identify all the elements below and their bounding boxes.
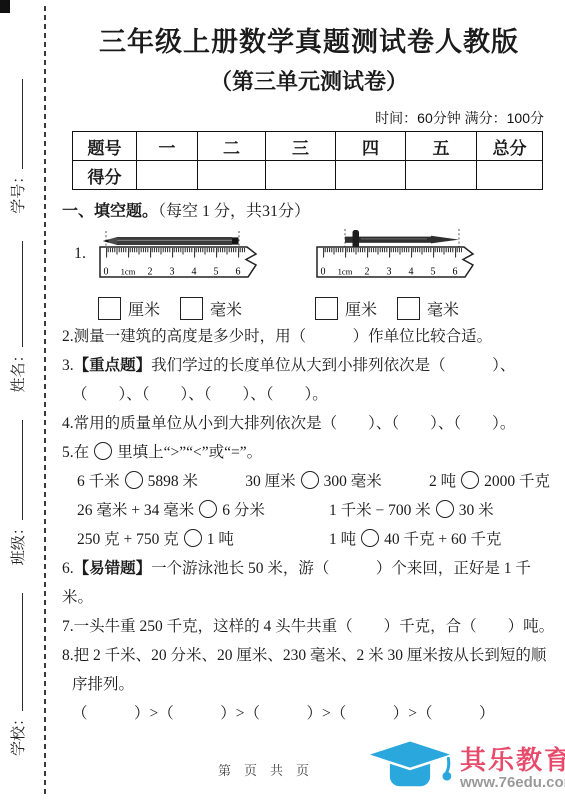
compare-left: 26 毫米 + 34 毫米 (77, 502, 194, 519)
answer-box-mm (397, 297, 420, 320)
ruler-icon: 0 1cm 2 3 4 5 6 (317, 247, 473, 278)
graduation-cap-icon (364, 738, 456, 798)
margin-student-info: 学校： 班级： 姓名： 学号： (7, 56, 28, 756)
field-name-blank (19, 241, 23, 347)
field-class-label: 班级： (11, 520, 27, 565)
logo-brand-name: 其乐教育 (460, 746, 565, 774)
field-school-blank (19, 593, 23, 711)
compare-item: 250 克 + 750 克1 吨 (77, 525, 329, 554)
score-header-cell: 二 (198, 132, 266, 161)
score-row-label: 得分 (73, 161, 137, 190)
field-class-blank (19, 420, 23, 520)
ruler-pencil-group: 0 1cm 2 3 4 5 6 厘米毫米 (96, 229, 271, 320)
question-6: 6.【易错题】一个游泳池长 50 米，游（ ）个来回，正好是 1 千米。 (62, 554, 556, 612)
logo-website-url: www.76edu.com (460, 774, 565, 791)
time-score-meta: 时间：60分钟 满分：100分 (62, 108, 556, 128)
paper-title: 三年级上册数学真题测试卷人教版 (62, 20, 556, 59)
ruler-number: 0 (321, 267, 326, 278)
score-cell (336, 161, 406, 190)
compare-right: 2000 千克 (484, 473, 550, 490)
score-header-cell: 三 (266, 132, 336, 161)
compare-circle (125, 471, 143, 489)
compare-circle (199, 500, 217, 518)
logo-texts: 其乐教育 www.76edu.com (460, 746, 565, 791)
answer-box-mm (180, 297, 203, 320)
nail-ruler-illustration: 0 1cm 2 3 4 5 6 (313, 229, 488, 285)
field-student-no: 学号： (7, 79, 28, 214)
unit-mm-label: 毫米 (210, 302, 242, 319)
score-table: 题号 一 二 三 四 五 总分 得分 (72, 131, 543, 190)
ruler-number: 1cm (338, 267, 353, 277)
score-cell (266, 161, 336, 190)
score-header-cell: 五 (406, 132, 477, 161)
question-5-row-2: 26 毫米 + 34 毫米6 分米 1 千米 − 700 米30 米 (62, 496, 556, 525)
section-1-note: （每空 1 分，共31分） (158, 203, 310, 220)
compare-item: 30 厘米300 毫米 (245, 467, 382, 496)
compare-item: 6 千米5898 米 (77, 467, 198, 496)
ruler-number: 3 (170, 267, 175, 278)
question-3-line1: 3.【重点题】我们学过的长度单位从大到小排列依次是（ ）、 (62, 351, 556, 380)
compare-right: 40 千克 + 60 千克 (384, 531, 501, 548)
field-class: 班级： (7, 420, 28, 565)
compare-item: 1 千米 − 700 米30 米 (329, 496, 494, 525)
question-5-pre: 在 (74, 444, 90, 461)
score-cell (198, 161, 266, 190)
binding-dashed-line (44, 6, 46, 794)
ruler-icon: 0 1cm 2 3 4 5 6 (100, 247, 256, 278)
ruler-number: 2 (365, 267, 370, 278)
pencil-icon (103, 237, 239, 245)
question-5-number: 5. (62, 444, 74, 461)
compare-circle (184, 529, 202, 547)
question-6-tag: 【易错题】 (74, 560, 152, 577)
question-2: 2.测量一建筑的高度是多少时，用（ ）作单位比较合适。 (62, 322, 556, 351)
unit-cm-label: 厘米 (128, 302, 160, 319)
publisher-logo: 其乐教育 www.76edu.com (364, 738, 565, 798)
compare-left: 2 吨 (429, 473, 456, 490)
field-student-no-blank (19, 79, 23, 169)
unit-mm-label: 毫米 (427, 302, 459, 319)
answer-units-row: 厘米毫米 (98, 297, 271, 320)
question-3-number: 3. (62, 357, 74, 374)
answer-units-row: 厘米毫米 (315, 297, 488, 320)
answer-box-cm (98, 297, 121, 320)
question-5-post: 里填上“>”“<”或“=”。 (117, 444, 262, 461)
compare-left: 1 吨 (329, 531, 356, 548)
paper-content: 三年级上册数学真题测试卷人教版 （第三单元测试卷） 时间：60分钟 满分：100… (62, 10, 556, 728)
question-3-tag: 【重点题】 (74, 357, 152, 374)
pencil-ruler-illustration: 0 1cm 2 3 4 5 6 (96, 229, 271, 285)
compare-circle (436, 500, 454, 518)
compare-left: 1 千米 − 700 米 (329, 502, 431, 519)
ruler-number: 1cm (121, 267, 136, 277)
question-3-line2: （ ）、（ ）、（ ）、（ ）。 (62, 380, 556, 409)
scan-corner-mark (0, 0, 10, 13)
question-5-row-3: 250 克 + 750 克1 吨 1 吨40 千克 + 60 千克 (62, 525, 556, 554)
question-5-heading: 5.在里填上“>”“<”或“=”。 (62, 438, 556, 467)
compare-circle (361, 529, 379, 547)
ruler-number: 4 (409, 267, 414, 278)
compare-right: 1 吨 (207, 531, 234, 548)
question-8-line1: 8.把 2 千米、20 分米、20 厘米、230 毫米、2 米 30 厘米按从长… (62, 641, 556, 670)
compare-circle (301, 471, 319, 489)
ruler-number: 0 (104, 267, 109, 278)
score-table-score-row: 得分 (73, 161, 543, 190)
field-name: 姓名： (7, 241, 28, 392)
score-cell (406, 161, 477, 190)
field-school: 学校： (7, 593, 28, 756)
compare-right: 30 米 (459, 502, 494, 519)
question-8-line2: 序排列。 (62, 670, 556, 699)
score-header-cell: 四 (336, 132, 406, 161)
score-header-cell: 题号 (73, 132, 137, 161)
score-cell (137, 161, 198, 190)
question-4: 4.常用的质量单位从小到大排列依次是（ ）、（ ）、（ ）。 (62, 409, 556, 438)
test-paper-page: 学校： 班级： 姓名： 学号： 三年级上册数学真题测试卷人教版 （第三单元测试卷… (0, 0, 565, 800)
compare-circle (461, 471, 479, 489)
compare-item: 1 吨40 千克 + 60 千克 (329, 525, 501, 554)
compare-right: 5898 米 (148, 473, 198, 490)
paper-subtitle: （第三单元测试卷） (62, 65, 556, 96)
ruler-number: 3 (387, 267, 392, 278)
question-3-text: 我们学过的长度单位从大到小排列依次是（ ）、 (151, 357, 515, 374)
compare-left: 6 千米 (77, 473, 120, 490)
ruler-nail-group: 0 1cm 2 3 4 5 6 厘米毫米 (313, 229, 488, 320)
compare-right: 300 毫米 (324, 473, 382, 490)
score-header-cell: 总分 (477, 132, 543, 161)
ruler-number: 5 (214, 267, 219, 278)
answer-box-cm (315, 297, 338, 320)
compare-item: 2 吨2000 千克 (429, 467, 550, 496)
unit-cm-label: 厘米 (345, 302, 377, 319)
compare-left: 250 克 + 750 克 (77, 531, 179, 548)
compare-right: 6 分米 (222, 502, 265, 519)
score-cell (477, 161, 543, 190)
field-student-no-label: 学号： (11, 169, 27, 214)
question-7: 7.一头牛重 250 千克，这样的 4 头牛共重（ ）千克，合（ ）吨。 (62, 612, 556, 641)
question-1: 1. (74, 229, 556, 320)
question-1-number: 1. (74, 245, 90, 263)
question-6-number: 6. (62, 560, 74, 577)
compare-left: 30 厘米 (245, 473, 295, 490)
field-name-label: 姓名： (11, 347, 27, 392)
ruler-number: 6 (236, 267, 241, 278)
section-1-heading: 一、填空题。（每空 1 分，共31分） (62, 198, 556, 221)
ruler-number: 5 (431, 267, 436, 278)
ruler-number: 6 (453, 267, 458, 278)
question-5-row-1: 6 千米5898 米 30 厘米300 毫米 2 吨2000 千克 (62, 467, 556, 496)
compare-circle (94, 442, 112, 460)
score-table-header-row: 题号 一 二 三 四 五 总分 (73, 132, 543, 161)
section-1-title: 一、填空题。 (62, 203, 158, 220)
field-school-label: 学校： (11, 711, 27, 756)
page-number-footer: 第 页 共 页 (218, 760, 309, 779)
ruler-number: 2 (148, 267, 153, 278)
compare-item: 26 毫米 + 34 毫米6 分米 (77, 496, 329, 525)
ruler-number: 4 (192, 267, 197, 278)
question-8-answer-line: （ ）>（ ）>（ ）>（ ）>（ ） (62, 699, 556, 728)
score-header-cell: 一 (137, 132, 198, 161)
